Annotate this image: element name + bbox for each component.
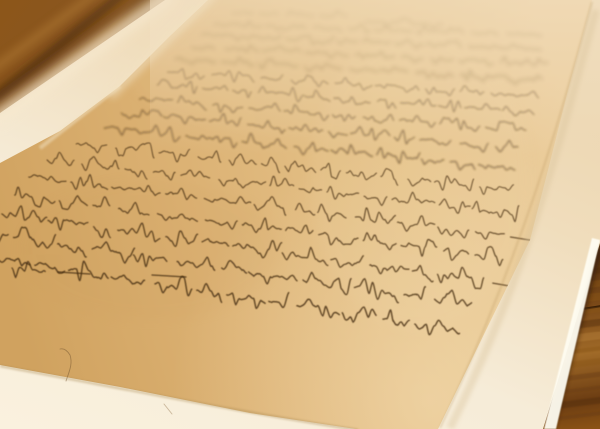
photo-lincoln-letter: An old handwritten letter in brown ink o…	[0, 0, 600, 429]
letter-photo-canvas: An old handwritten letter in brown ink o…	[0, 0, 600, 429]
top-defocus-haze	[150, 0, 600, 155]
